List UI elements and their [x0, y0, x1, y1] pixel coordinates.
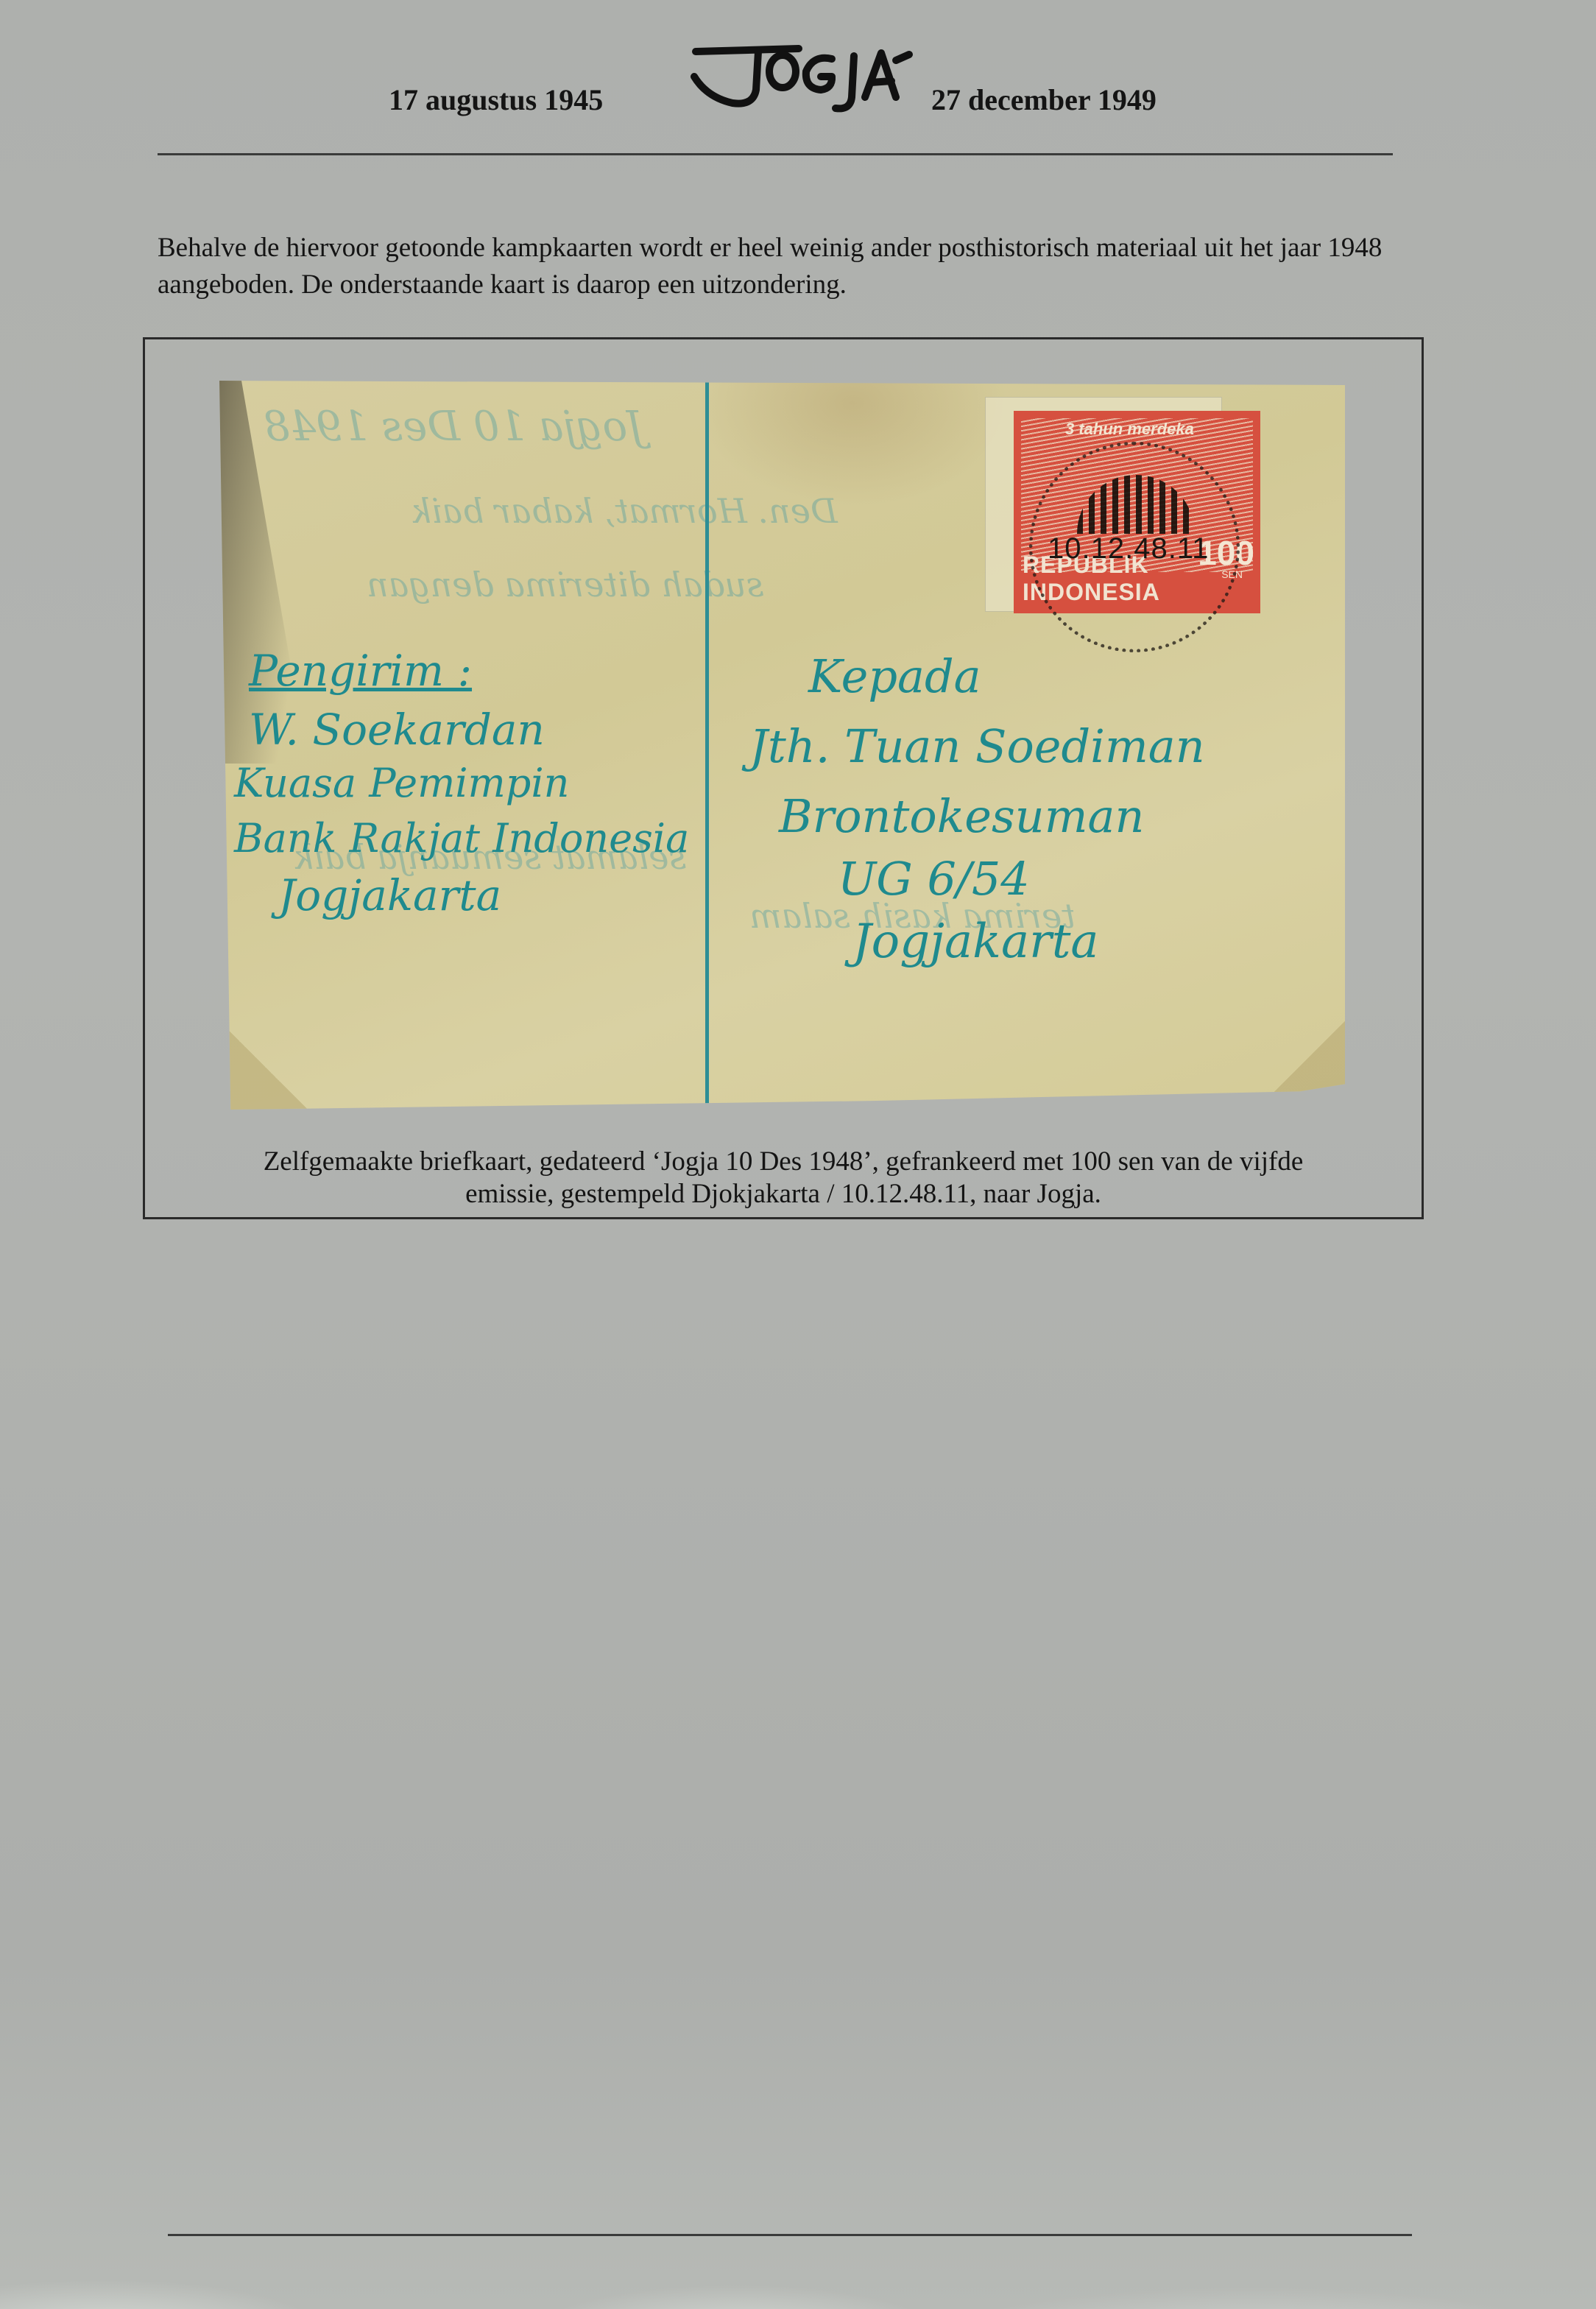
- sender-label: Pengirim :: [249, 646, 472, 696]
- period-start-date: 17 augustus 1945: [389, 82, 603, 117]
- exhibit-caption: Zelfgemaakte briefkaart, gedateerd ‘Jogj…: [145, 1146, 1422, 1210]
- postmark-arc: [1077, 475, 1195, 534]
- caption-line-1: Zelfgemaakte briefkaart, gedateerd ‘Jogj…: [145, 1146, 1422, 1178]
- sender-line-3: Bank Rakjat Indonesia: [234, 815, 689, 861]
- recipient-label: Kepada: [808, 649, 981, 703]
- postcard: Jogja 10 Des 1948 Den. Hormat, kabar bai…: [219, 381, 1345, 1110]
- stamp-top-text: 3 tahun merdeka: [1065, 420, 1194, 439]
- show-through-text: Den. Hormat, kabar baik: [411, 491, 838, 531]
- show-through-date: Jogja 10 Des 1948: [264, 403, 644, 451]
- intro-paragraph: Behalve de hiervoor getoonde kampkaarten…: [158, 230, 1431, 303]
- page-scan-shading: [0, 2238, 1596, 2309]
- postmark: 10.12.48.11: [1029, 442, 1240, 652]
- caption-line-2: emissie, gestempeld Djokjakarta / 10.12.…: [145, 1178, 1422, 1210]
- header-rule: [158, 153, 1393, 155]
- recipient-number: UG 6/54: [838, 852, 1030, 906]
- recipient-name: Jth. Tuan Soediman: [749, 719, 1205, 773]
- jogja-logo: JOGJA: [688, 38, 917, 119]
- recipient-city: Jogjakarta: [852, 914, 1099, 969]
- period-end-date: 27 december 1949: [931, 82, 1157, 117]
- sender-name: W. Soekardan: [249, 705, 545, 755]
- card-center-line: [705, 381, 709, 1110]
- show-through-text: sudah diterima dengan: [367, 565, 763, 604]
- postmark-date: 10.12.48.11: [1048, 532, 1209, 565]
- recipient-street: Brontokesuman: [779, 789, 1144, 843]
- sender-line-2: Kuasa Pemimpin: [234, 760, 569, 806]
- card-corner-mount: [219, 1021, 308, 1110]
- sender-city: Jogjakarta: [278, 870, 501, 920]
- footer-rule: [168, 2234, 1412, 2236]
